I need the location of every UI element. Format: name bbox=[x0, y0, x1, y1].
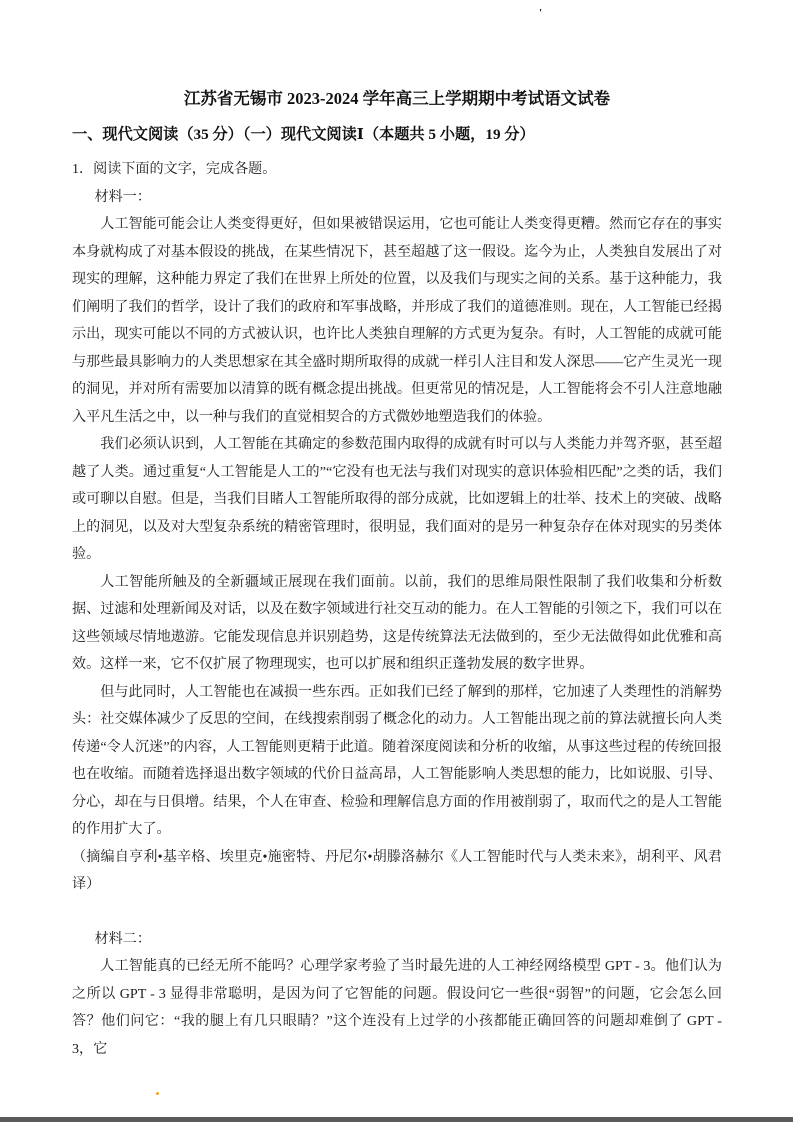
section-heading: 一、现代文阅读（35 分）（一）现代文阅读Ⅰ（本题共 5 小题，19 分） bbox=[72, 124, 722, 146]
material-one-label: 材料一： bbox=[72, 184, 722, 212]
page-bottom-bar bbox=[0, 1117, 793, 1122]
material-two-label: 材料二： bbox=[72, 926, 722, 954]
paragraph: 人工智能可能会让人类变得更好，但如果被错误运用，它也可能让人类变得更糟。然而它存… bbox=[72, 211, 722, 431]
paragraph: 我们必须认识到，人工智能在其确定的参数范围内取得的成就有时可以与人类能力并驾齐驱… bbox=[72, 431, 722, 569]
material-one-body: 人工智能可能会让人类变得更好，但如果被错误运用，它也可能让人类变得更糟。然而它存… bbox=[72, 211, 722, 844]
material-two-body: 人工智能真的已经无所不能吗？心理学家考验了当时最先进的人工神经网络模型 GPT … bbox=[72, 953, 722, 1063]
document-content: 江苏省无锡市 2023-2024 学年高三上学期期中考试语文试卷 一、现代文阅读… bbox=[72, 88, 722, 1063]
citation: （摘编自亨利•基辛格、埃里克•施密特、丹尼尔•胡滕洛赫尔《人工智能时代与人类未来… bbox=[72, 844, 722, 899]
question-intro: 1．阅读下面的文字，完成各题。 bbox=[72, 156, 722, 184]
paragraph: 人工智能真的已经无所不能吗？心理学家考验了当时最先进的人工神经网络模型 GPT … bbox=[72, 953, 722, 1063]
document-page: ' 江苏省无锡市 2023-2024 学年高三上学期期中考试语文试卷 一、现代文… bbox=[0, 0, 793, 1122]
paragraph: 但与此同时，人工智能也在减损一些东西。正如我们已经了解到的那样，它加速了人类理性… bbox=[72, 679, 722, 844]
paragraph: 人工智能所触及的全新疆域正展现在我们面前。以前，我们的思维局限性限制了我们收集和… bbox=[72, 569, 722, 679]
page-title: 江苏省无锡市 2023-2024 学年高三上学期期中考试语文试卷 bbox=[72, 88, 722, 110]
stray-orange-dot bbox=[156, 1092, 159, 1095]
stray-pen-mark: ' bbox=[539, 8, 542, 19]
